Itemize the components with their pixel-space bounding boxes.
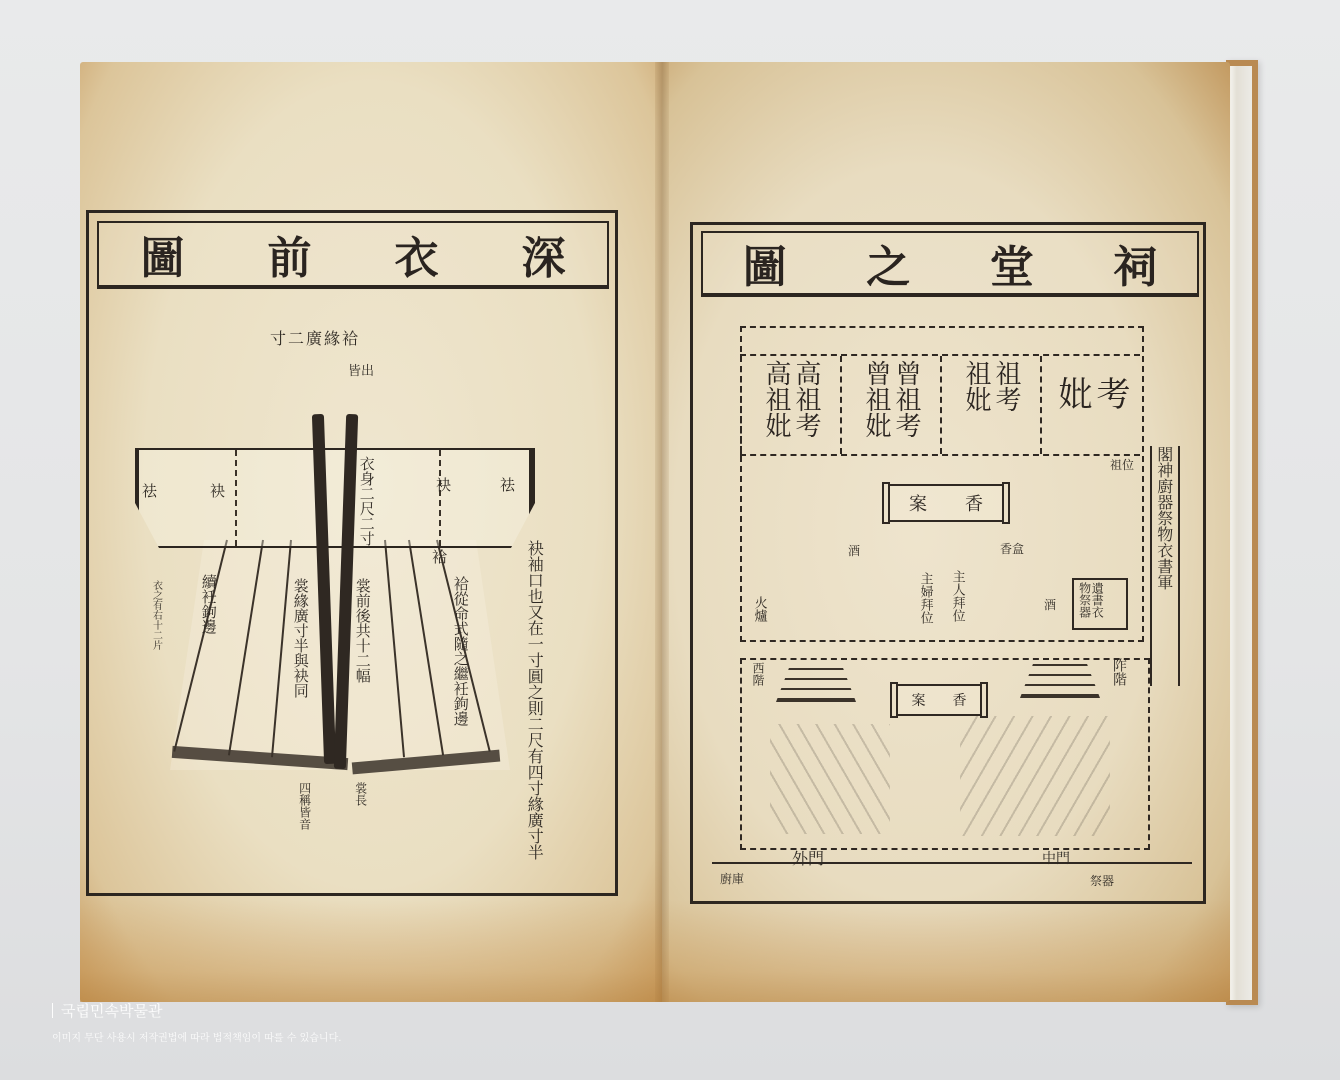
title-char: 之 bbox=[866, 231, 910, 295]
altar-char: 案 bbox=[912, 690, 926, 710]
museum-brand: 국립민속박물관 bbox=[52, 1000, 341, 1021]
altar-char: 案 bbox=[909, 490, 927, 516]
storage-box-label: 遺書衣物祭器 bbox=[1078, 582, 1103, 628]
ritual-vessels-label: 祭器 bbox=[1090, 872, 1114, 889]
left-title-band: 圖 前 衣 深 bbox=[97, 221, 609, 289]
corner-label: 祖位 bbox=[1110, 456, 1134, 473]
ancestor-cell-grand: 祖考 祖妣 bbox=[940, 356, 1040, 454]
divider-bar bbox=[52, 1003, 53, 1018]
skirt-note-center-right: 裳前後共十二幅 bbox=[354, 578, 370, 683]
collar-width-note-sub: 皆出 bbox=[348, 360, 374, 379]
outer-gate-label: 外門 bbox=[792, 846, 824, 869]
east-stairs-label: 阼階 bbox=[1112, 658, 1126, 686]
ancestor-tablet: 祖考 bbox=[993, 360, 1019, 454]
sleeve-division bbox=[235, 450, 237, 546]
copyright-notice: 이미지 무단 사용시 저작권법에 따라 법적책임이 따를 수 있습니다. bbox=[52, 1029, 341, 1044]
ancestor-tablets-row: 高祖考 高祖妣 曾祖考 曾祖妣 祖考 祖妣 考 妣 bbox=[740, 354, 1140, 456]
attendant-positions-right bbox=[960, 716, 1110, 836]
middle-gate-label: 中門 bbox=[1042, 848, 1070, 868]
sleeve-margin-note: 袂袖口也又在一寸圓之則二尺有四寸緣廣寸半 bbox=[526, 540, 543, 860]
sleeve-label: 祛 bbox=[500, 474, 515, 495]
brazier-label: 火爐 bbox=[752, 596, 766, 622]
ancestor-tablet: 曾祖考 bbox=[893, 360, 919, 454]
wine-label: 酒 bbox=[848, 542, 860, 559]
incense-table-lower: 案 香 bbox=[896, 684, 982, 716]
ancestor-tablet: 曾祖妣 bbox=[863, 360, 889, 454]
museum-caption: 국립민속박물관 이미지 무단 사용시 저작권법에 따라 법적책임이 따를 수 있… bbox=[52, 1000, 341, 1044]
hostess-position: 主婦拜位 bbox=[918, 572, 932, 624]
title-char: 祠 bbox=[1113, 231, 1157, 295]
title-char: 衣 bbox=[395, 222, 439, 286]
title-char: 圖 bbox=[141, 222, 185, 286]
title-char: 圖 bbox=[743, 231, 787, 295]
sleeve-label: 袂 bbox=[436, 474, 451, 495]
title-char: 深 bbox=[522, 222, 566, 286]
lapel-label: 袷 bbox=[432, 546, 447, 567]
collar-width-note: 寸二廣緣袷 bbox=[270, 326, 360, 349]
skirt-note-left-small: 衣之有右十二片 bbox=[150, 580, 161, 650]
attendant-positions-left bbox=[770, 724, 890, 834]
incense-table-upper: 案 香 bbox=[888, 484, 1004, 522]
wine-label-right: 酒 bbox=[1044, 596, 1056, 613]
kitchen-label: 廚庫 bbox=[720, 870, 744, 887]
hem-note-left: 四稱皆音 bbox=[298, 782, 311, 830]
ancestor-cell-great: 曾祖考 曾祖妣 bbox=[840, 356, 940, 454]
book-photo: 圖 前 衣 深 寸二廣緣袷 皆出 祛 袂 袂 祛 衣身二尺二寸 袷 續衽鉤邊 衣… bbox=[0, 0, 1340, 1080]
skirt-note-left: 續衽鉤邊 bbox=[200, 574, 216, 634]
title-char: 前 bbox=[268, 222, 312, 286]
sleeve-division bbox=[439, 450, 441, 546]
incense-box-label: 香盒 bbox=[1000, 540, 1024, 557]
host-position: 主人拜位 bbox=[950, 570, 964, 622]
sleeve-label: 袂 bbox=[210, 480, 225, 501]
sleeve-label: 祛 bbox=[142, 480, 157, 501]
ancestor-tablet: 妣 bbox=[1055, 360, 1089, 454]
side-panel-label: 閣神廚器祭物衣書軍 bbox=[1155, 446, 1172, 590]
gate-rule bbox=[712, 862, 1192, 864]
body-length-note: 衣身二尺二寸 bbox=[358, 456, 374, 546]
ancestor-tablet: 祖妣 bbox=[963, 360, 989, 454]
ancestor-tablet: 高祖妣 bbox=[763, 360, 789, 454]
altar-char: 香 bbox=[965, 490, 983, 516]
skirt-note-center-left: 裳緣廣寸半與袂同 bbox=[292, 578, 308, 698]
altar-char: 香 bbox=[953, 690, 967, 710]
book-gutter bbox=[655, 62, 669, 1002]
garment-sleeves bbox=[135, 448, 535, 548]
title-char: 堂 bbox=[990, 231, 1034, 295]
hem-note-right: 裳長 bbox=[354, 782, 367, 806]
ancestor-tablet: 考 bbox=[1093, 360, 1127, 454]
storage-box: 遺書衣物祭器 bbox=[1072, 578, 1128, 630]
side-storage-panel: 閣神廚器祭物衣書軍 bbox=[1150, 446, 1180, 686]
ancestor-cell-parents: 考 妣 bbox=[1040, 356, 1140, 454]
ancestor-cell-great-great: 高祖考 高祖妣 bbox=[740, 356, 840, 454]
skirt-note-right: 袷從命式隨之繼衽鉤邊 bbox=[452, 576, 468, 726]
museum-name: 국립민속박물관 bbox=[61, 1000, 162, 1021]
ancestor-tablet: 高祖考 bbox=[793, 360, 819, 454]
west-stairs-label: 西階 bbox=[752, 662, 764, 686]
right-title-band: 圖 之 堂 祠 bbox=[701, 231, 1199, 297]
